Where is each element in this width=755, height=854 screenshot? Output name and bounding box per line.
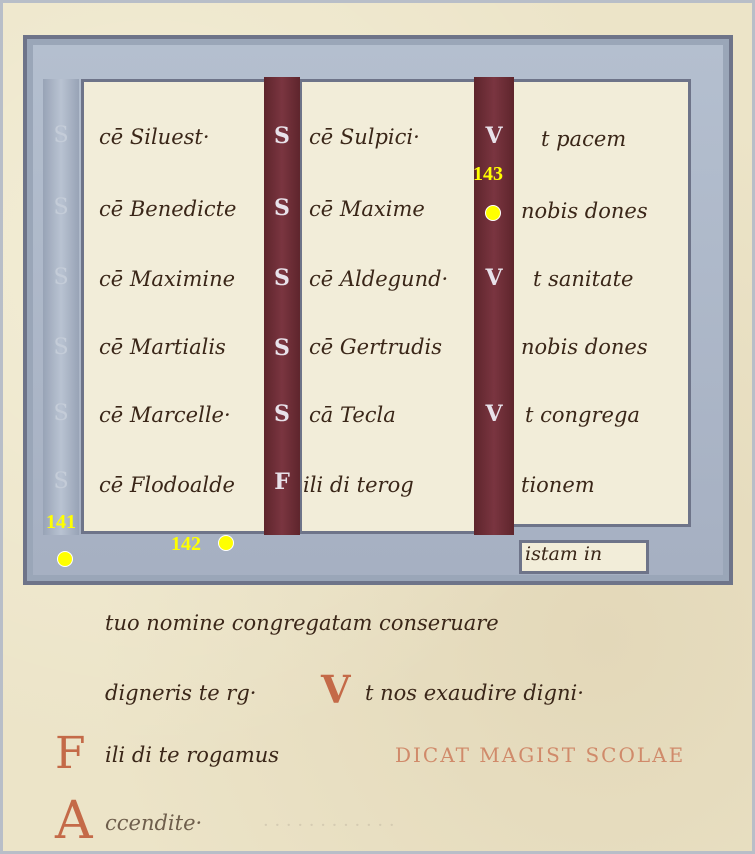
marker-141[interactable] — [57, 551, 73, 567]
litany-line: cē Siluest· — [99, 125, 210, 149]
left-initial: S — [43, 195, 79, 220]
marker-label-143: 143 — [473, 163, 503, 186]
litany-line: cā Tecla — [309, 403, 396, 427]
litany-line: cē Aldegund· — [309, 267, 448, 291]
left-initial: S — [43, 401, 79, 426]
band-initial: V — [476, 123, 512, 149]
band-initial: V — [476, 265, 512, 291]
band-initial: S — [264, 195, 300, 221]
text-line: t nos exaudire digni· — [365, 681, 584, 705]
left-initial: S — [43, 335, 79, 360]
litany-line: t pacem — [541, 127, 626, 151]
left-initial: S — [43, 469, 79, 494]
marker-label-142: 142 — [171, 533, 201, 556]
rubric: DICAT MAGIST SCOLAE — [395, 743, 685, 767]
litany-line: istam in — [525, 543, 602, 565]
litany-line: tionem — [521, 473, 595, 497]
litany-line: cē Flodoalde — [99, 473, 235, 497]
text-line: tuo nomine congregatam conseruare — [105, 611, 499, 635]
band-initial: S — [264, 335, 300, 361]
left-initial: S — [43, 123, 79, 148]
faded-text: · · · · · · · · · · · · — [263, 815, 395, 836]
marker-142[interactable] — [218, 535, 234, 551]
red-initial-f: F — [55, 728, 86, 779]
litany-line: cē Gertrudis — [309, 335, 442, 359]
band-initial: S — [264, 123, 300, 149]
litany-line: t sanitate — [533, 267, 633, 291]
litany-line: cē Martialis — [99, 335, 226, 359]
text-line: ili di te rogamus — [105, 743, 279, 767]
litany-line: nobis dones — [521, 335, 648, 359]
band-initial: F — [264, 469, 300, 495]
marker-143[interactable] — [485, 205, 501, 221]
manuscript-page: S S S S S S cē Siluest· cē Benedicte cē … — [3, 3, 752, 851]
band-initial: V — [476, 401, 512, 427]
litany-line: cē Marcelle· — [99, 403, 231, 427]
left-initial: S — [43, 265, 79, 290]
litany-line: cē Benedicte — [99, 197, 236, 221]
litany-line: cē Sulpici· — [309, 125, 420, 149]
litany-line: cē Maximine — [99, 267, 235, 291]
text-line: digneris te rg· — [105, 681, 256, 705]
red-initial-v: V — [321, 667, 350, 712]
litany-line: nobis dones — [521, 199, 648, 223]
band-initial: S — [264, 401, 300, 427]
red-initial-a: A — [55, 791, 93, 851]
litany-line: cē Maxime — [309, 197, 425, 221]
band-initial: S — [264, 265, 300, 291]
litany-line: t congrega — [525, 403, 640, 427]
text-line: ccendite· — [105, 811, 202, 835]
marker-label-141: 141 — [46, 511, 76, 534]
litany-line: ili di terog — [303, 473, 414, 497]
